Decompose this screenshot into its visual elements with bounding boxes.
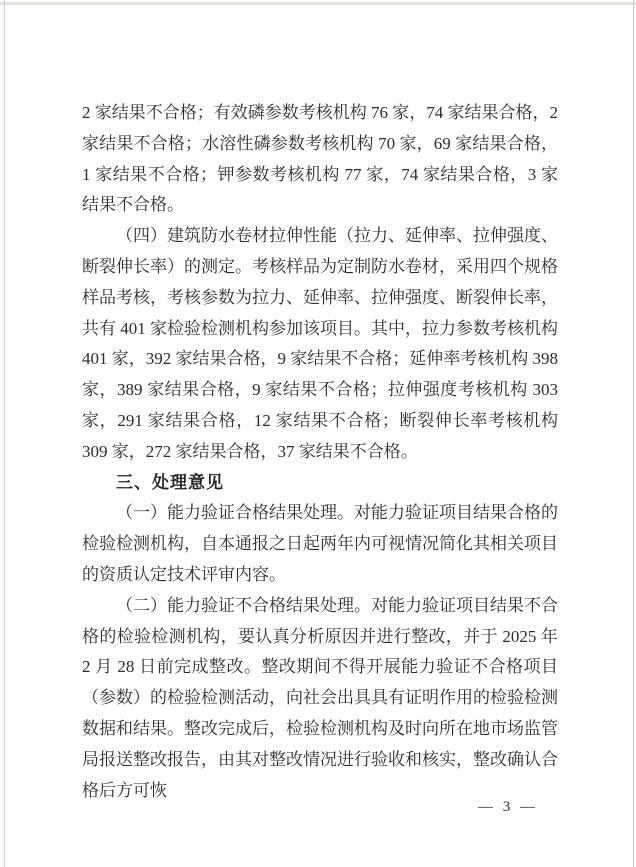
- page-edge-left: [4, 0, 5, 867]
- document-page: 2 家结果不合格；有效磷参数考核机构 76 家，74 家结果合格，2 家结果不合…: [0, 0, 636, 867]
- page-number: — 3 —: [478, 799, 538, 816]
- section-heading-handling-opinions: 三、处理意见: [82, 468, 558, 499]
- document-body: 2 家结果不合格；有效磷参数考核机构 76 家，74 家结果合格，2 家结果不合…: [82, 98, 558, 806]
- page-edge-right: [633, 0, 634, 867]
- paragraph-fail-result-handling: （二）能力验证不合格结果处理。对能力验证项目结果不合格的检验检测机构，要认真分析…: [82, 591, 558, 807]
- page-edge-top: [0, 2, 636, 5]
- paragraph-continuation: 2 家结果不合格；有效磷参数考核机构 76 家，74 家结果合格，2 家结果不合…: [82, 98, 558, 221]
- paragraph-pass-result-handling: （一）能力验证合格结果处理。对能力验证项目结果合格的检验检测机构，自本通报之日起…: [82, 498, 558, 590]
- paragraph-item-four: （四）建筑防水卷材拉伸性能（拉力、延伸率、拉伸强度、断裂伸长率）的测定。考核样品…: [82, 221, 558, 467]
